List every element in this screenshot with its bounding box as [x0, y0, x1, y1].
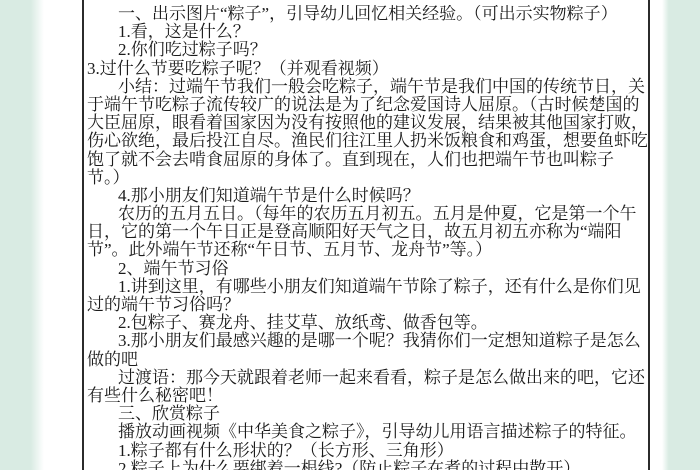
text-line: 一、出示图片“粽子”，引导幼儿回忆相关经验。（可出示实物粽子）	[87, 5, 647, 23]
text-line: 农历的五月五日。（每年的农历五月初五。五月是仲夏，它是第一个午	[87, 205, 647, 223]
text-line: 3.那小朋友们最感兴趣的是哪一个呢？我猜你们一定想知道粽子是怎么	[87, 332, 647, 350]
text-line: 做的吧	[87, 351, 647, 369]
text-line: 饱了就不会去啃食屈原的身体了。直到现在，人们也把端午节也叫粽子	[87, 151, 647, 169]
table-cell-left-border	[82, 0, 84, 470]
left-background-strip	[0, 0, 44, 470]
text-line: 3.过什么节要吃粽子呢？（并观看视频）	[87, 60, 647, 78]
text-line: 2.粽子上为什么要绑着一根线?（防止粽子在煮的过程中散开）	[87, 460, 647, 470]
text-line: 1.粽子都有什么形状的？（长方形、三角形）	[87, 442, 647, 460]
text-line: 2、端午节习俗	[87, 260, 647, 278]
table-cell-right-border	[648, 0, 650, 470]
text-line: 2.你们吃过粽子吗？	[87, 41, 647, 59]
text-line: 日，它的第一个午日正是登高顺阳好天气之日，故五月初五亦称为“端阳	[87, 223, 647, 241]
text-line: 有些什么秘密吧！	[87, 387, 647, 405]
text-line: 1.讲到这里，有哪些小朋友们知道端午节除了粽子，还有什么是你们见	[87, 278, 647, 296]
text-line: 1.看，这是什么？	[87, 23, 647, 41]
text-line: 4.那小朋友们知道端午节是什么时候吗？	[87, 187, 647, 205]
text-line: 于端午节吃粽子流传较广的说法是为了纪念爱国诗人屈原。（古时候楚国的	[87, 96, 647, 114]
text-line: 伤心欲绝，最后投江自尽。渔民们往江里人扔米饭粮食和鸡蛋，想要鱼虾吃	[87, 132, 647, 150]
text-line: 过的端午节习俗吗？	[87, 296, 647, 314]
text-line: 节。）	[87, 169, 647, 187]
text-line: 小结：过端午节我们一般会吃粽子，端午节是我们中国的传统节日，关	[87, 78, 647, 96]
text-line: 大臣屈原，眼看着国家因为没有按照他的建议发展，结果被其他国家打败，	[87, 114, 647, 132]
text-line: 2.包粽子、赛龙舟、挂艾草、放纸鸢、做香包等。	[87, 314, 647, 332]
text-line: 节”。此外端午节还称“午日节、五月节、龙舟节”等。）	[87, 241, 647, 259]
document-page: 一、出示图片“粽子”，引导幼儿回忆相关经验。（可出示实物粽子）1.看，这是什么？…	[0, 0, 700, 470]
lesson-plan-text-block: 一、出示图片“粽子”，引导幼儿回忆相关经验。（可出示实物粽子）1.看，这是什么？…	[87, 5, 647, 470]
text-line: 过渡语：那今天就跟着老师一起来看看，粽子是怎么做出来的吧，它还	[87, 369, 647, 387]
text-line: 播放动画视频《中华美食之粽子》，引导幼儿用语言描述粽子的特征。	[87, 423, 647, 441]
text-line: 三、欣赏粽子	[87, 405, 647, 423]
right-background-strip	[662, 0, 700, 470]
